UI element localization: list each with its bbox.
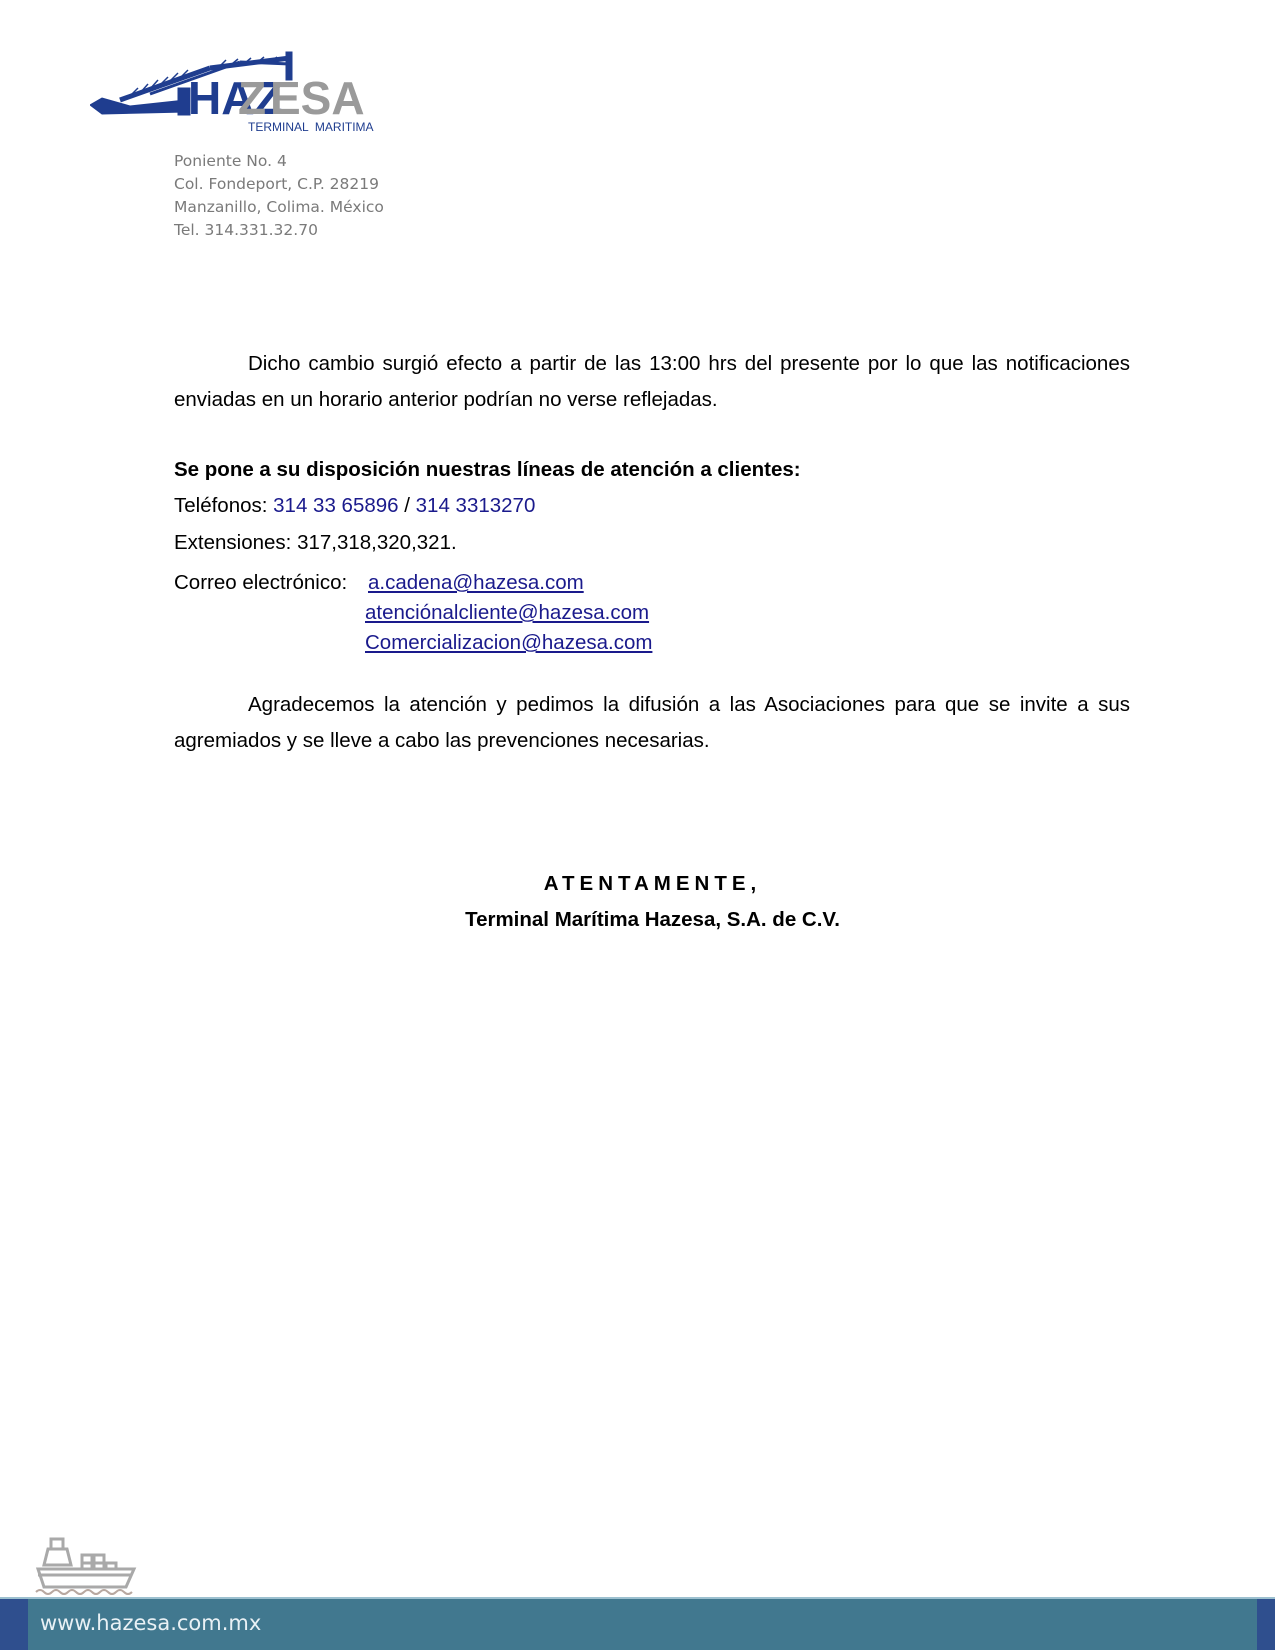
email-link-comercializacion[interactable]: Comercializacion@hazesa.com [365, 631, 652, 655]
phones-label: Teléfonos: [174, 494, 273, 517]
cargo-ship-icon [34, 1535, 142, 1597]
phones-line: Teléfonos: 314 33 65896 / 314 3313270 [174, 494, 535, 518]
phone-link-2[interactable]: 314 3313270 [416, 494, 536, 517]
logo-text-gray: ESA [270, 72, 365, 124]
footer-bar: www.hazesa.com.mx [0, 1597, 1275, 1650]
email-link-atencion[interactable]: atenciónalcliente@hazesa.com [365, 601, 649, 625]
address-line: Manzanillo, Colima. México [174, 196, 384, 219]
website-link[interactable]: www.hazesa.com.mx [40, 1611, 261, 1635]
change-notice-paragraph: Dicho cambio surgió efecto a partir de l… [174, 346, 1130, 418]
footer-left-strip [0, 1599, 28, 1650]
contact-heading: Se pone a su disposición nuestras líneas… [174, 458, 801, 482]
email-link-cadena[interactable]: a.cadena@hazesa.com [368, 571, 584, 595]
phone-separator: / [399, 494, 416, 517]
closing-salutation: ATENTAMENTE, [0, 872, 1275, 896]
address-line: Poniente No. 4 [174, 150, 384, 173]
extensions-line: Extensiones: 317,318,320,321. [174, 531, 457, 555]
footer-right-strip [1257, 1599, 1275, 1650]
company-address: Poniente No. 4 Col. Fondeport, C.P. 2821… [174, 150, 384, 242]
closing-company: Terminal Marítima Hazesa, S.A. de C.V. [0, 908, 1275, 932]
logo-z: Z [238, 72, 266, 124]
address-line: Col. Fondeport, C.P. 28219 [174, 173, 384, 196]
email-label: Correo electrónico: [174, 571, 347, 595]
hazesa-logo: HAZ Z ESA TERMINAL MARITIMA [90, 50, 420, 135]
phone-link-1[interactable]: 314 33 65896 [273, 494, 398, 517]
logo-text-blue: HAZ [188, 72, 283, 124]
address-line: Tel. 314.331.32.70 [174, 219, 384, 242]
thanks-paragraph: Agradecemos la atención y pedimos la dif… [174, 687, 1130, 759]
logo-subtitle: TERMINAL MARITIMA [248, 120, 374, 134]
